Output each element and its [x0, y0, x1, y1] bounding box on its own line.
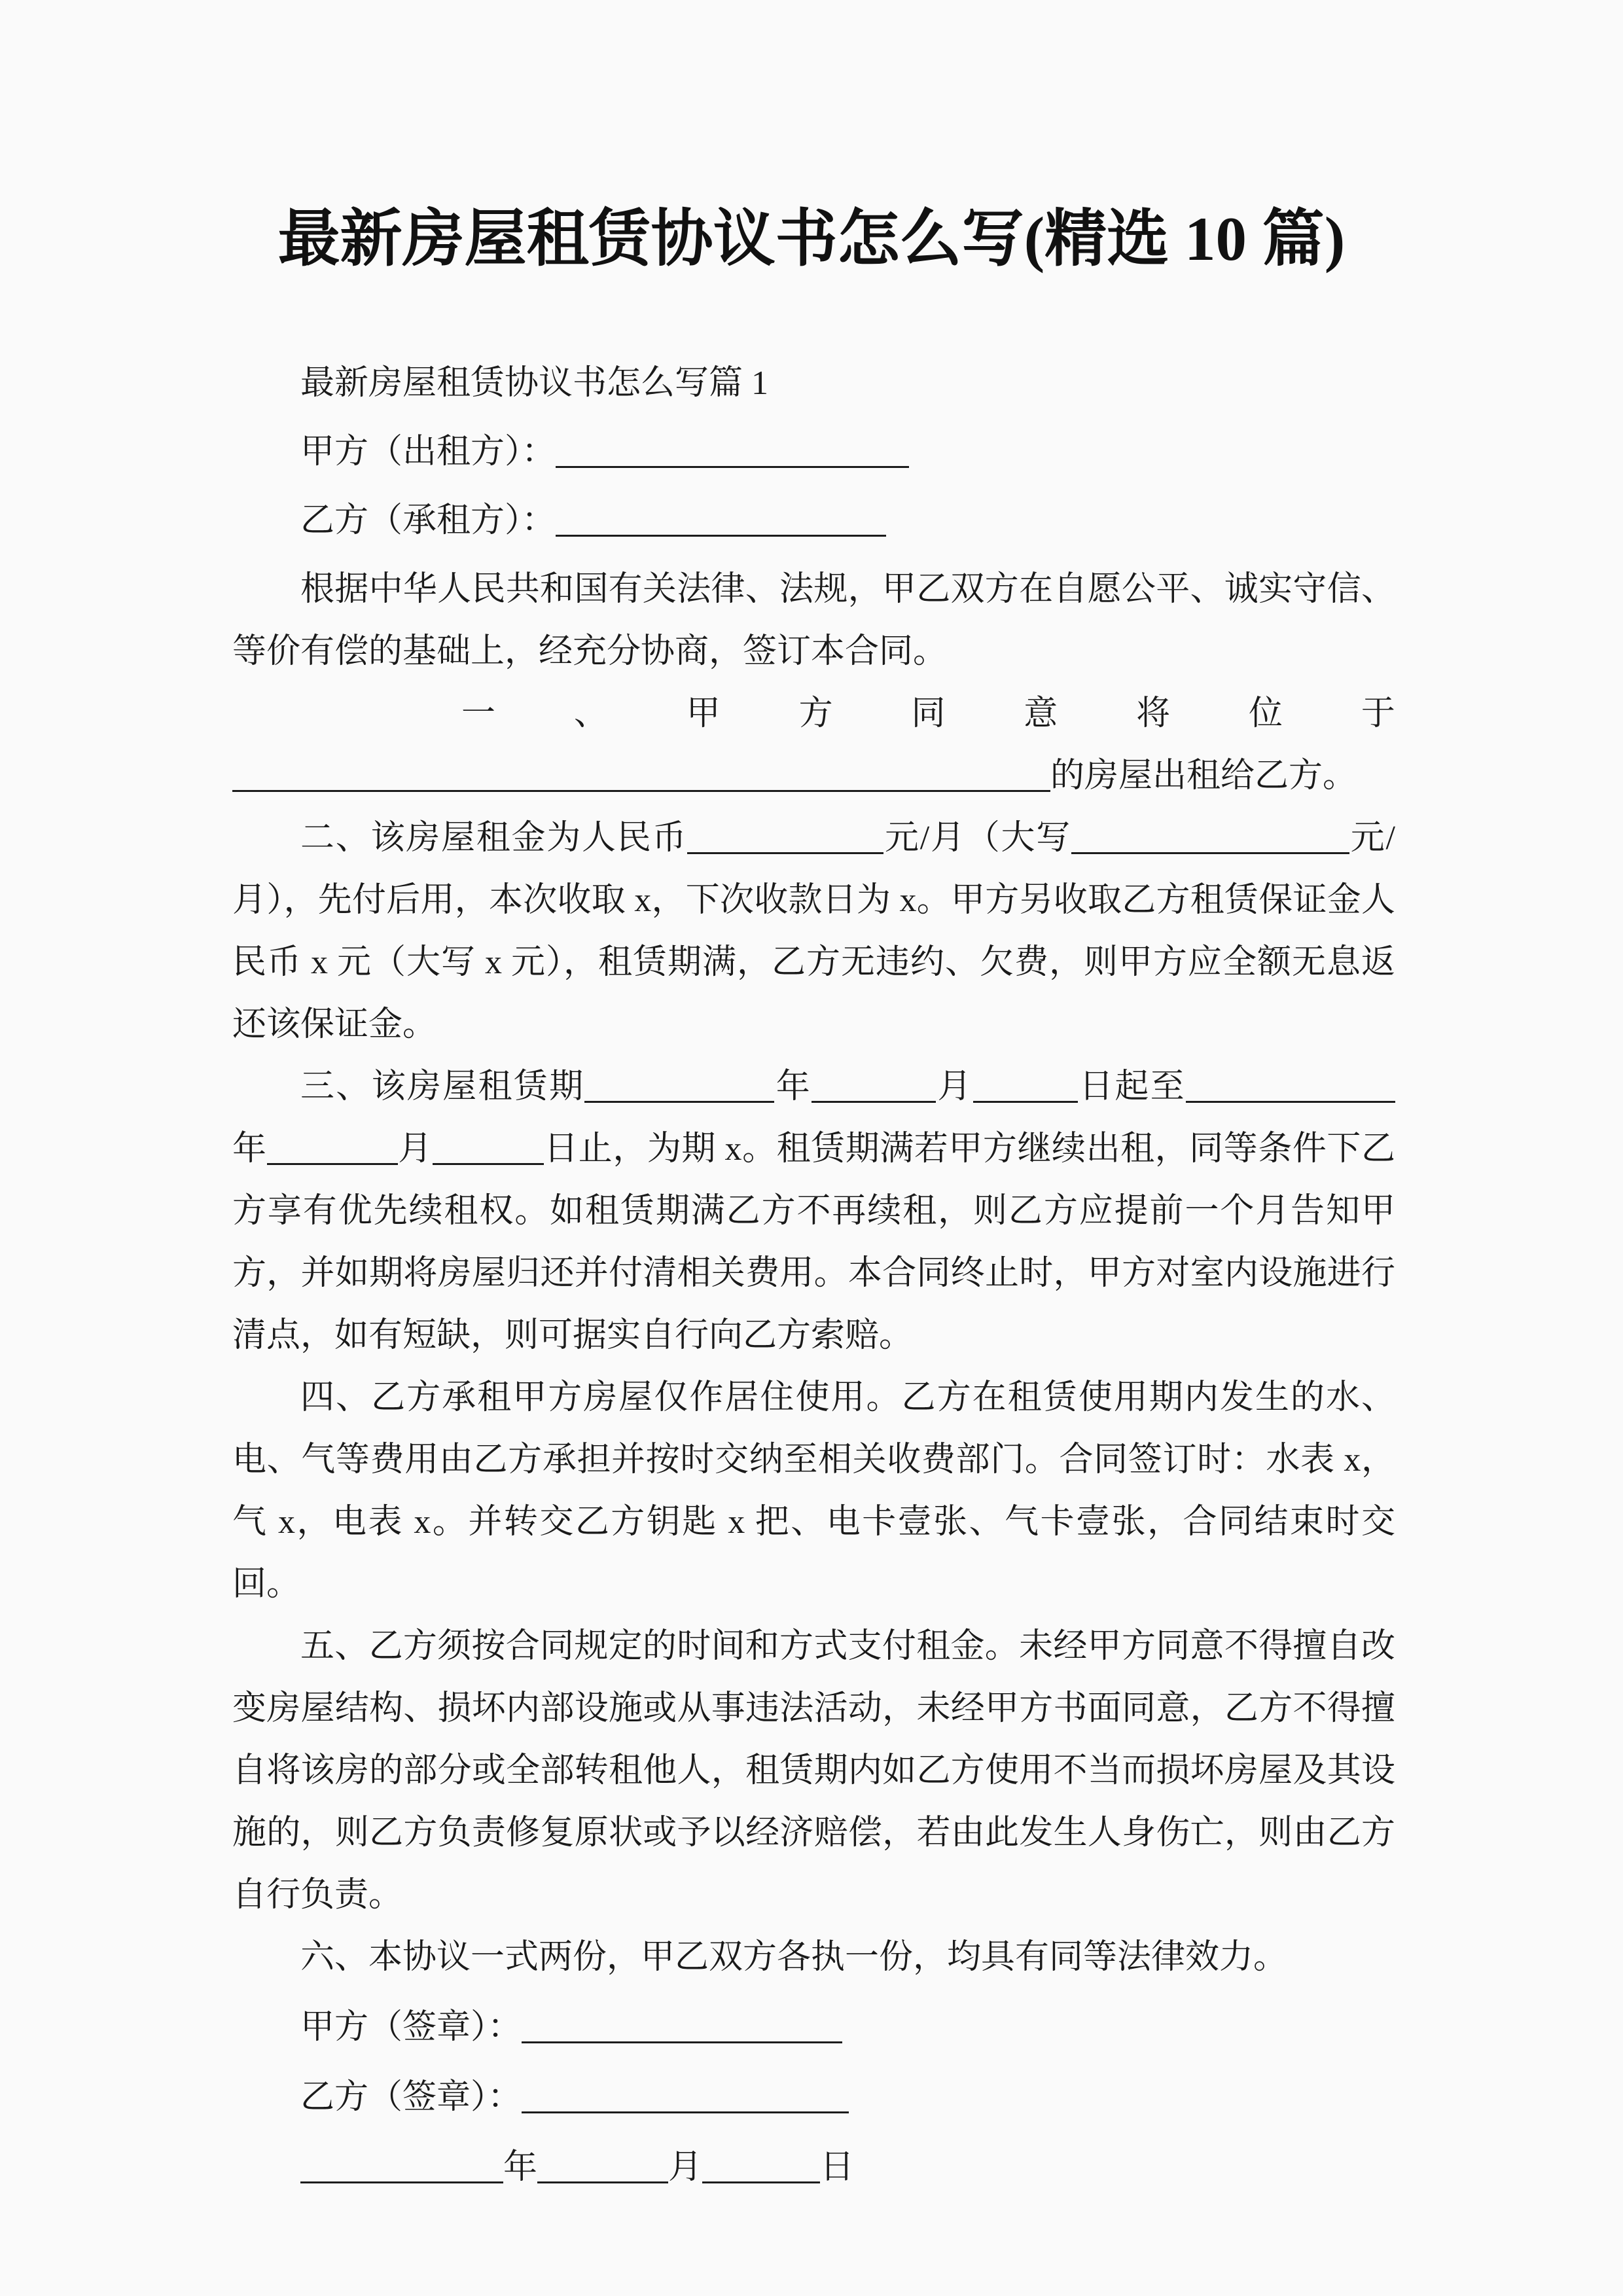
text-segment: 元/月（大写	[883, 819, 1071, 857]
text-segment: 同	[911, 683, 945, 745]
text-segment: 乙方（签章）：	[300, 2079, 522, 2116]
text-segment: 意	[1024, 683, 1058, 745]
text-segment: 年	[503, 2149, 537, 2186]
date-line: 年月日	[232, 2136, 1395, 2198]
clause-5-paragraph: 五、乙方须按合同规定的时间和方式支付租金。未经甲方同意不得擅自改变房屋结构、损坏…	[232, 1615, 1395, 1926]
fill-in-blank	[300, 2154, 503, 2183]
fill-in-blank	[232, 762, 1050, 792]
text-segment: 二、该房屋租金为人民币	[300, 819, 687, 857]
text-segment: 甲方（签章）：	[300, 2009, 522, 2046]
fill-in-blank	[556, 439, 909, 468]
contract-document-page: 最新房屋租赁协议书怎么写(精选 10 篇) 最新房屋租赁协议书怎么写篇 1 甲方…	[0, 0, 1623, 2296]
text-segment: 方	[799, 683, 833, 745]
clause-3-paragraph: 三、该房屋租赁期年月日起至年月日止，为期 x。租赁期满若甲方继续出租，同等条件下…	[232, 1056, 1395, 1367]
fill-in-blank	[1071, 825, 1349, 854]
text-segment: 月	[398, 1130, 433, 1168]
text-segment: 年	[232, 1130, 267, 1168]
text-segment: 日起至	[1078, 1068, 1186, 1105]
party-a-signature-line: 甲方（签章）：	[232, 1996, 1395, 2058]
document-title: 最新房屋租赁协议书怎么写(精选 10 篇)	[0, 0, 1623, 277]
fill-in-blank	[687, 825, 883, 854]
text-segment: 位	[1249, 683, 1283, 745]
text-segment: 于	[1361, 683, 1395, 745]
fill-in-blank	[522, 2014, 842, 2043]
text-segment: 乙方（承租方）：	[300, 502, 556, 539]
clause-1-second-line: 的房屋出租给乙方。	[232, 745, 1395, 807]
clause-2-paragraph: 二、该房屋租金为人民币元/月（大写元/月），先付后用，本次收取 x，下次收款日为…	[232, 807, 1395, 1056]
fill-in-blank	[811, 1073, 936, 1103]
text-segment: 年	[774, 1068, 811, 1105]
fill-in-blank	[1186, 1073, 1395, 1103]
fill-in-blank	[702, 2154, 820, 2183]
party-a-line: 甲方（出租方）：	[232, 421, 1395, 483]
fill-in-blank	[537, 2154, 668, 2183]
text-segment: 甲方（出租方）：	[300, 433, 556, 471]
clause-4-paragraph: 四、乙方承租甲方房屋仅作居住使用。乙方在租赁使用期内发生的水、电、气等费用由乙方…	[232, 1367, 1395, 1615]
party-b-line: 乙方（承租方）：	[232, 490, 1395, 552]
text-segment: 一	[461, 683, 495, 745]
fill-in-blank	[433, 1136, 544, 1165]
text-segment: 甲	[687, 683, 721, 745]
section-heading: 最新房屋租赁协议书怎么写篇 1	[232, 352, 1395, 414]
fill-in-blank	[584, 1073, 774, 1103]
intro-paragraph: 根据中华人民共和国有关法律、法规，甲乙双方在自愿公平、诚实守信、等价有偿的基础上…	[232, 558, 1395, 683]
clause-1-spread-line: 一、甲方同意将位于	[461, 683, 1395, 745]
text-segment: 月	[668, 2149, 702, 2186]
fill-in-blank	[973, 1073, 1078, 1103]
text-segment: 日	[820, 2149, 854, 2186]
document-body: 最新房屋租赁协议书怎么写篇 1 甲方（出租方）： 乙方（承租方）： 根据中华人民…	[232, 352, 1395, 2198]
fill-in-blank	[267, 1136, 398, 1165]
fill-in-blank	[522, 2084, 849, 2113]
text-segment: 的房屋出租给乙方。	[1050, 757, 1357, 795]
text-segment: 三、该房屋租赁期	[300, 1068, 584, 1105]
fill-in-blank	[556, 507, 886, 537]
text-segment: 将	[1136, 683, 1170, 745]
text-segment: 、	[574, 683, 608, 745]
text-segment: 月	[936, 1068, 973, 1105]
party-b-signature-line: 乙方（签章）：	[232, 2066, 1395, 2128]
clause-6-paragraph: 六、本协议一式两份，甲乙双方各执一份，均具有同等法律效力。	[232, 1926, 1395, 1988]
